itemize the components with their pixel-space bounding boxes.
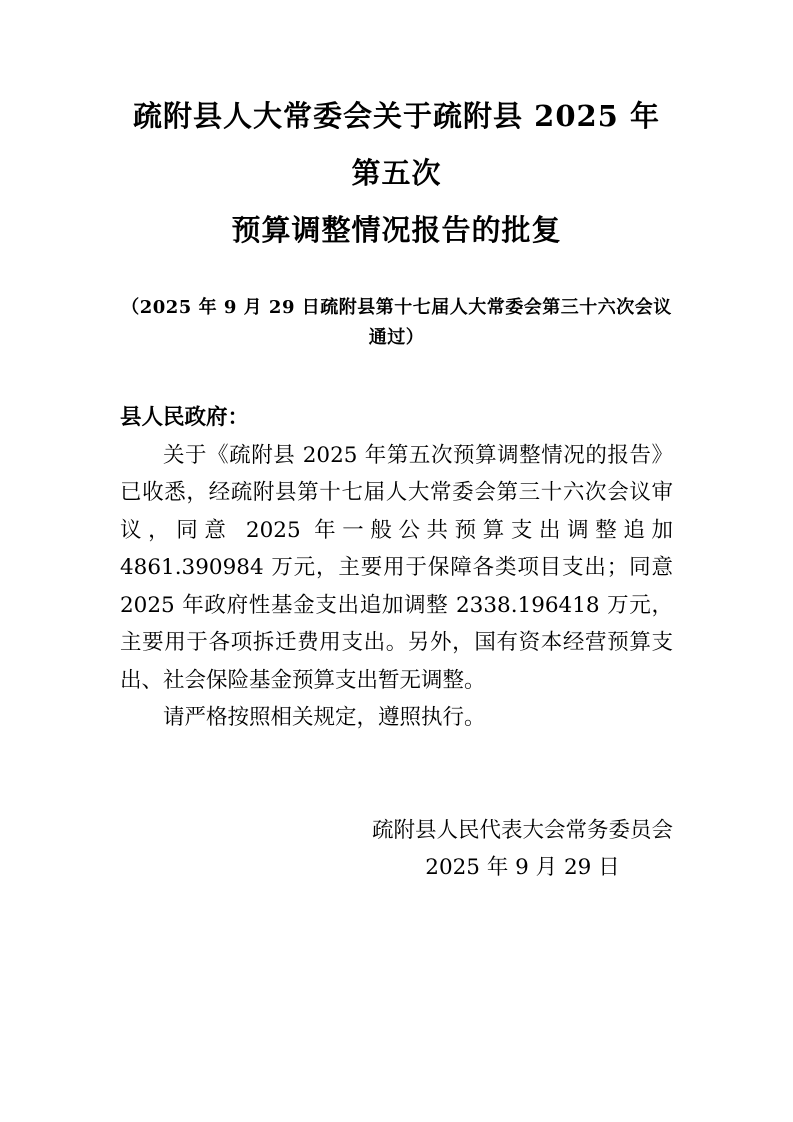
signature-inner: 疏附县人民代表大会常务委员会 2025 年 9 月 29 日 (372, 812, 673, 887)
document-title-line-2: 预算调整情况报告的批复 (120, 202, 673, 259)
document-body: 县人民政府： 关于《疏附县 2025 年第五次预算调整情况的报告》已收悉，经疏附… (120, 399, 673, 737)
signature-date: 2025 年 9 月 29 日 (372, 849, 673, 887)
document-title-line-1: 疏附县人大常委会关于疏附县 2025 年第五次 (120, 88, 673, 202)
meeting-approval-note: （2025 年 9 月 29 日疏附县第十七届人大常委会第三十六次会议通过） (120, 293, 673, 353)
signature-block: 疏附县人民代表大会常务委员会 2025 年 9 月 29 日 (120, 812, 673, 887)
salutation: 县人民政府： (120, 399, 673, 437)
body-paragraph: 请严格按照相关规定，遵照执行。 (120, 699, 673, 737)
signature-name: 疏附县人民代表大会常务委员会 (372, 812, 673, 850)
body-paragraph: 关于《疏附县 2025 年第五次预算调整情况的报告》已收悉，经疏附县第十七届人大… (120, 437, 673, 700)
document-title: 疏附县人大常委会关于疏附县 2025 年第五次 预算调整情况报告的批复 (120, 88, 673, 259)
document-page: 疏附县人大常委会关于疏附县 2025 年第五次 预算调整情况报告的批复 （202… (0, 0, 793, 1122)
